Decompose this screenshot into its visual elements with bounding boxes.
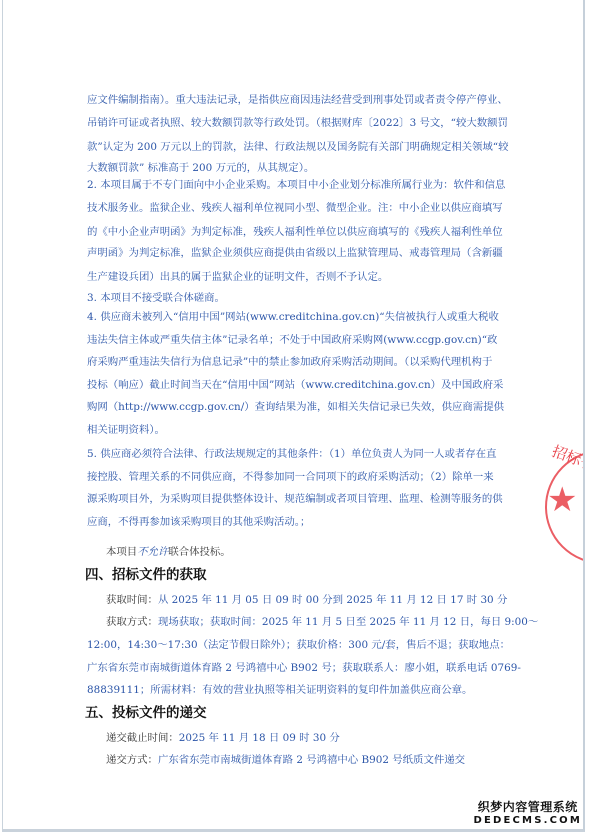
watermark-line-2: DEDECMS.COM (473, 815, 582, 826)
seal-clip: 招标有限公司 ★ (0, 0, 583, 833)
seal-star-icon: ★ (547, 480, 577, 520)
watermark-line-1: 织梦内容管理系统 (473, 798, 582, 815)
watermark: 织梦内容管理系统 DEDECMS.COM (473, 798, 582, 826)
